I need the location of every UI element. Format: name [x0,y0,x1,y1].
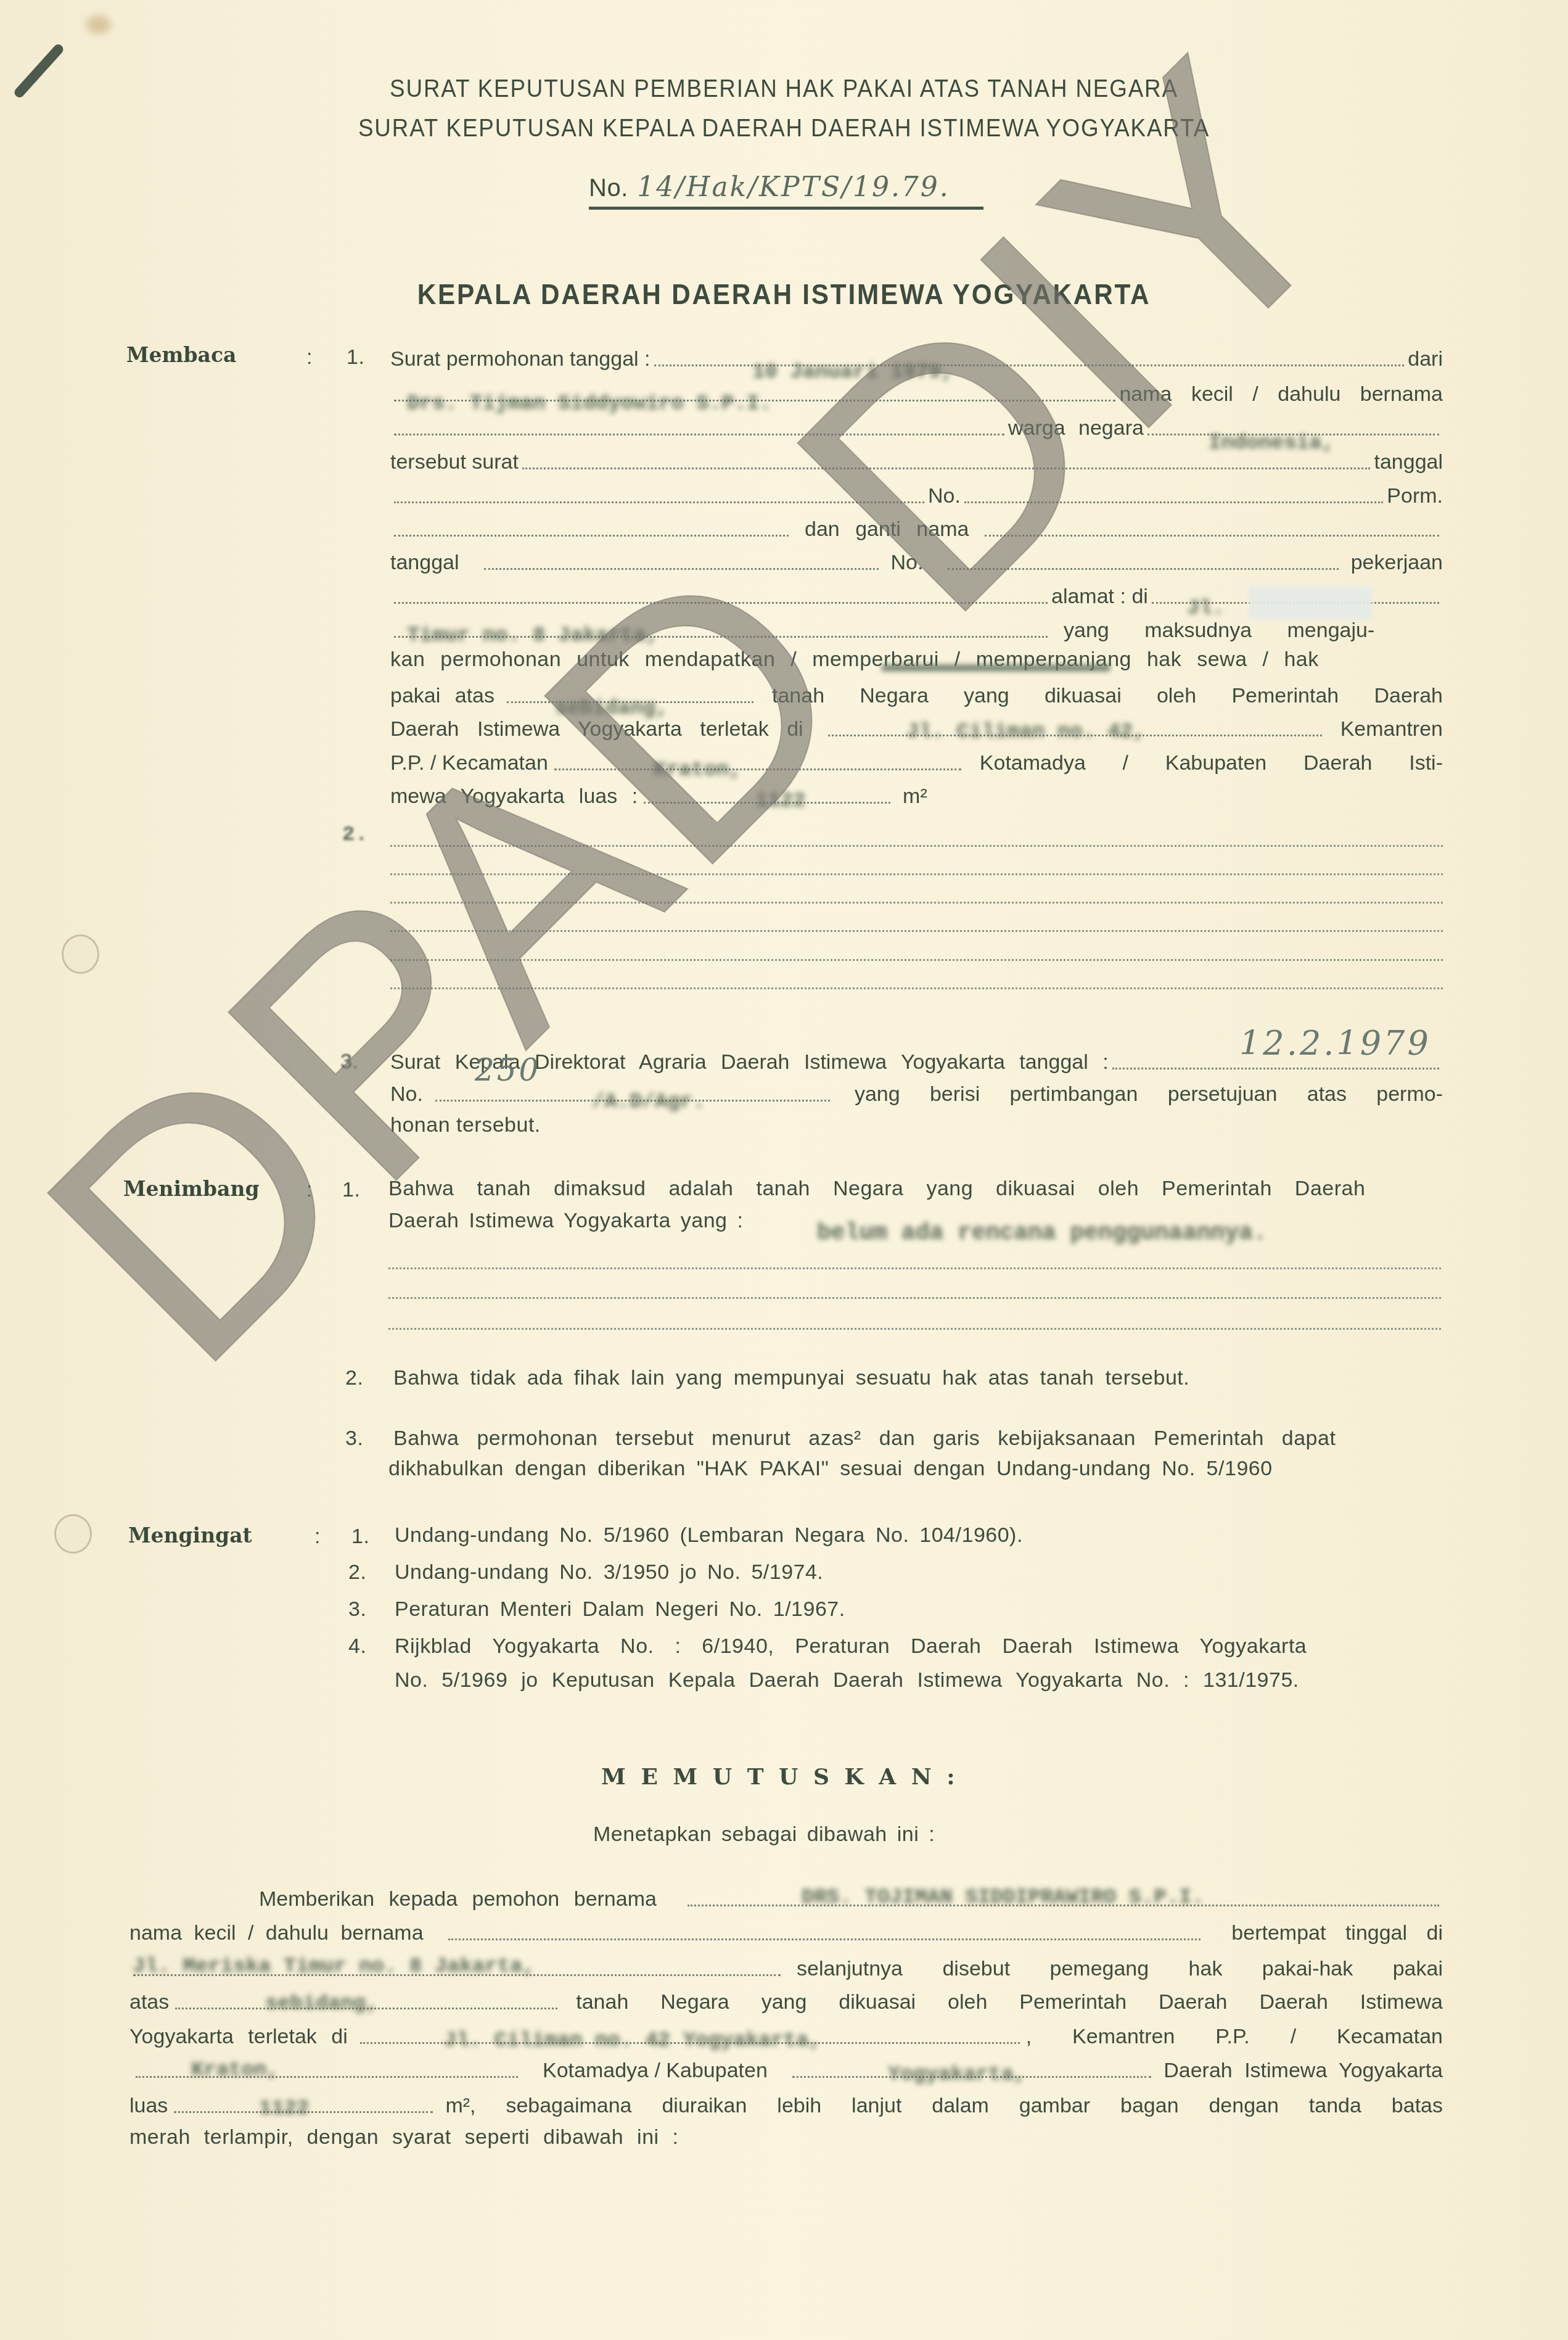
mengingat-item-2: Undang-undang No. 3/1950 jo No. 5/1974. [395,1560,823,1584]
punch-hole-top [62,934,99,974]
mengingat-item-1: Undang-undang No. 5/1960 (Lembaran Negar… [395,1523,1023,1547]
item-number-2: 2. [342,823,368,847]
membaca-line-5: No.Porm. [390,481,1443,508]
blank-line [390,930,1443,932]
blank-line [390,959,1443,961]
item-number: 2. [345,1366,363,1390]
header-line-1: SURAT KEPUTUSAN PEMBERIAN HAK PAKAI ATAS… [63,75,1506,103]
redacted-holder-location: Jl. Ciliman no. 42 Yogyakarta, [444,2029,821,2053]
menimbang-item3-line-2: dikhabulkan dengan diberikan "HAK PAKAI"… [388,1457,1273,1481]
blank-line [390,987,1443,989]
menimbang-item1-line-2: Daerah Istimewa Yogyakarta yang : [388,1209,743,1233]
section-label-mengingat: Mengingat [128,1523,252,1547]
header-line-2: SURAT KEPUTUSAN KEPALA DAERAH DAERAH IST… [63,115,1506,142]
colon: : [306,1178,313,1202]
handwritten-number: 250 [475,1052,541,1088]
membaca-line-4: tersebut surattanggal [390,447,1443,474]
redacted-area: 1122 [755,789,806,813]
decree-number-label: No. [589,175,628,202]
membaca-line-6: dan ganti nama [390,514,1443,542]
blank-line [390,902,1443,904]
mengingat-item-3: Peraturan Menteri Dalam Negeri No. 1/196… [395,1597,845,1621]
stain-mark [86,15,111,34]
membaca-item3-line-2: No.yang berisi pertimbangan persetujuan … [390,1079,1443,1106]
item-number: 3. [348,1597,366,1621]
redacted-name: Drs. Tijman Siddyowiro S.P.I. [407,392,772,416]
memutuskan-line-2: nama kecil / dahulu bernamabertempat tin… [129,1918,1443,1945]
blank-line [390,873,1443,875]
memutuskan-line-7: luasm², sebagaimana diuraikan lebih lanj… [129,2091,1443,2118]
membaca-line-10: kan permohonan untuk mendapatkan / mempe… [390,648,1319,672]
decree-number-handwritten: 14/Hak/KPTS/19.79. [637,171,950,203]
menimbang-item3-line-1: Bahwa permohonan tersebut menurut azas² … [393,1427,1336,1451]
item-number: 1. [347,345,364,369]
redacted-address-2: Timur no. 8 Jakarta, [407,624,659,648]
erasure-patch [1249,586,1372,620]
decree-number: No. 14/Hak/KPTS/19.79. [589,171,983,210]
colon: : [306,345,313,369]
item-number-3: 3. [340,1050,358,1074]
membaca-line-13: P.P. / KecamatanKotamadya / Kabupaten Da… [390,748,1443,775]
item-number: 1. [351,1525,369,1549]
item-number: 3. [345,1427,363,1451]
memutuskan-line-8: merah terlampir, dengan syarat seperti d… [129,2125,679,2149]
membaca-line-7: tanggalNo.pekerjaan [390,548,1443,575]
mengingat-item-4-line-2: No. 5/1969 jo Keputusan Kepala Daerah Da… [395,1668,1299,1692]
memutuskan-line-6: Kotamadya / KabupatenDaerah Istimewa Yog… [129,2056,1443,2083]
item-number: 2. [348,1560,366,1584]
blank-line [388,1267,1441,1269]
membaca-line-11: pakai atastanah Negara yang dikuasai ole… [390,681,1443,708]
redacted-land-purpose: belum ada rencana penggunaannya. [817,1220,1267,1246]
menimbang-item2-text: Bahwa tidak ada fihak lain yang mempunya… [393,1366,1189,1390]
section-label-menimbang: Menimbang [123,1177,260,1201]
redacted-holder-name: DRS. TOJIMAN SIDDIPRAWIRO S.P.I. [802,1886,1204,1909]
main-title: KEPALA DAERAH DAERAH ISTIMEWA YOGYAKARTA [63,278,1506,311]
redacted-kabupaten: Yogyakarta, [888,2063,1026,2087]
section-label-membaca: Membaca [126,343,236,367]
punch-hole-bottom [54,1514,92,1554]
redacted-strikeout [882,665,1110,671]
memutuskan-subheading: Menetapkan sebagai dibawah ini : [593,1823,935,1847]
blank-line [388,1297,1441,1299]
blank-line [388,1328,1441,1330]
colon: : [314,1525,321,1549]
menimbang-item1-line-1: Bahwa tanah dimaksud adalah tanah Negara… [388,1177,1365,1201]
blank-line [390,845,1443,847]
item-number: 4. [348,1634,366,1658]
item-number: 1. [342,1178,360,1202]
redacted-letter-number: /A.D/Agr. [592,1090,705,1114]
memutuskan-heading: M E M U T U S K A N : [601,1764,958,1790]
redacted-kecamatan: Kraton, [191,2059,279,2082]
redacted-location: Jl. Ciliman no. 42, [906,720,1146,744]
redacted-kecamatan: Kraton, [654,759,742,782]
redacted-holder-address: Jl. Meriska Timur no. 8 Jakarta, [133,1955,535,1979]
redacted-area: 1122 [259,2097,310,2120]
mengingat-item-4-line-1: Rijkblad Yogyakarta No. : 6/1940, Peratu… [395,1634,1307,1658]
membaca-item3-line-3: honan tersebut. [390,1113,541,1137]
redacted-land-type: sebidang, [265,1992,379,2016]
membaca-line-14: mewa Yogyakarta luas :m² [390,781,1007,809]
pen-stroke-mark [12,43,65,99]
handwritten-date: 12.2.1979 [1239,1024,1431,1063]
